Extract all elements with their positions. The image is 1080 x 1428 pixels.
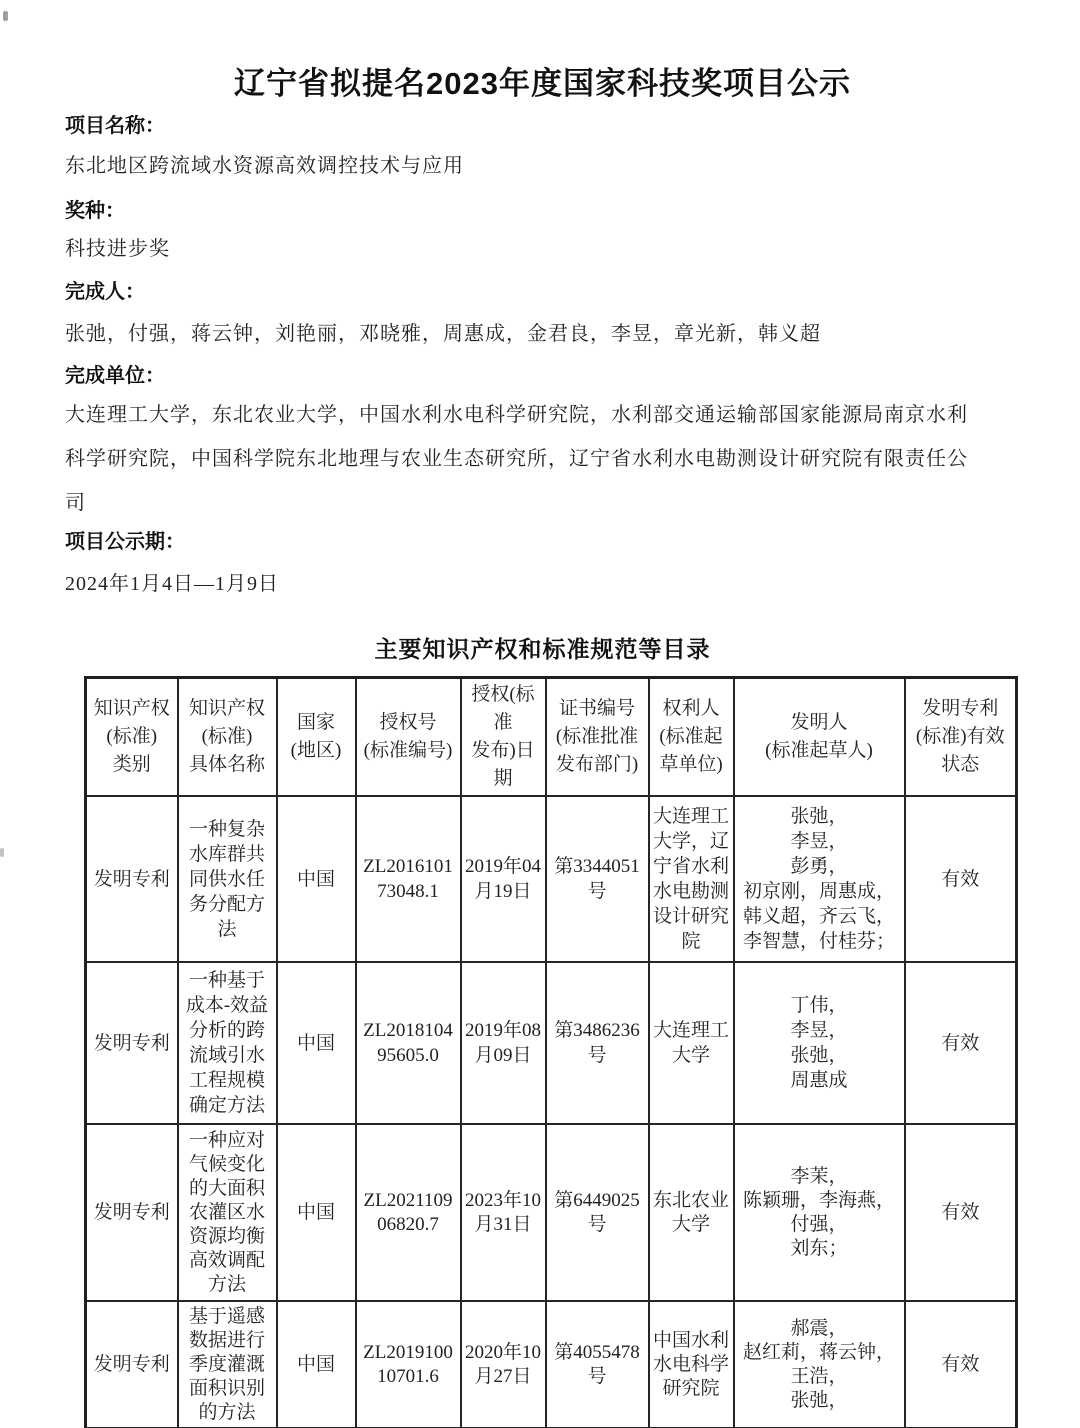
cell-cert-number: 第3344051 号 (546, 796, 649, 962)
section-content-award-type: 科技进步奖 (65, 235, 1020, 263)
table-row: 发明专利 一种复杂 水库群共 同供水任 务分配方 法 中国 ZL2016101 … (86, 796, 1017, 962)
scan-artifact (3, 11, 8, 21)
cell-country: 中国 (277, 962, 356, 1124)
cell-grant-number: ZL2021109 06820.7 (356, 1124, 461, 1301)
page-title: 辽宁省拟提名2023年度国家科技奖项目公示 (65, 66, 1020, 102)
column-header-cert-number: 证书编号 (标准批准 发布部门) (546, 678, 649, 797)
document-page: 辽宁省拟提名2023年度国家科技奖项目公示 项目名称： 东北地区跨流域水资源高效… (0, 0, 1080, 1428)
catalog-title: 主要知识产权和标准规范等目录 (65, 634, 1020, 664)
cell-validity-status: 有效 (905, 1124, 1017, 1301)
cell-ip-name: 一种应对 气候变化 的大面积 农灌区水 资源均衡 高效调配 方法 (178, 1124, 277, 1301)
cell-cert-number: 第6449025 号 (546, 1124, 649, 1301)
cell-inventors: 郝震， 赵红莉，蒋云钟， 王浩， 张弛， (734, 1301, 905, 1428)
table-row: 发明专利 基于遥感 数据进行 季度灌溉 面积识别 的方法 中国 ZL201910… (86, 1301, 1017, 1428)
column-header-grant-number: 授权号 (标准编号) (356, 678, 461, 797)
cell-ip-name: 基于遥感 数据进行 季度灌溉 面积识别 的方法 (178, 1301, 277, 1428)
column-header-rights-holder: 权利人 (标准起 草单位) (649, 678, 734, 797)
cell-ip-category: 发明专利 (86, 1301, 178, 1428)
cell-ip-name: 一种复杂 水库群共 同供水任 务分配方 法 (178, 796, 277, 962)
section-content-publicity-period: 2024年1月4日—1月9日 (65, 570, 1020, 598)
cell-country: 中国 (277, 1124, 356, 1301)
cell-grant-date: 2023年10 月31日 (461, 1124, 546, 1301)
cell-country: 中国 (277, 1301, 356, 1428)
cell-ip-category: 发明专利 (86, 962, 178, 1124)
column-header-ip-category: 知识产权 (标准) 类别 (86, 678, 178, 797)
cell-country: 中国 (277, 796, 356, 962)
table-row: 发明专利 一种应对 气候变化 的大面积 农灌区水 资源均衡 高效调配 方法 中国… (86, 1124, 1017, 1301)
cell-inventors: 张弛， 李昱， 彭勇， 初京刚，周惠成， 韩义超，齐云飞， 李智慧，付桂芬； (734, 796, 905, 962)
section-content-completers: 张弛，付强，蒋云钟，刘艳丽，邓晓雅，周惠成，金君良，李昱，章光新，韩义超 (65, 320, 1020, 348)
cell-grant-number: ZL2018104 95605.0 (356, 962, 461, 1124)
cell-cert-number: 第3486236 号 (546, 962, 649, 1124)
table-row: 发明专利 一种基于 成本-效益 分析的跨 流域引水 工程规模 确定方法 中国 Z… (86, 962, 1017, 1124)
cell-ip-name: 一种基于 成本-效益 分析的跨 流域引水 工程规模 确定方法 (178, 962, 277, 1124)
cell-validity-status: 有效 (905, 1301, 1017, 1428)
ip-catalog-table: 知识产权 (标准) 类别 知识产权 (标准) 具体名称 国家 (地区) 授权号 … (84, 676, 1018, 1428)
cell-grant-number: ZL2019100 10701.6 (356, 1301, 461, 1428)
cell-cert-number: 第4055478 号 (546, 1301, 649, 1428)
cell-grant-date: 2019年08 月09日 (461, 962, 546, 1124)
section-label-completers: 完成人： (65, 278, 1020, 306)
cell-rights-holder: 中国水利 水电科学 研究院 (649, 1301, 734, 1428)
cell-inventors: 李茉， 陈颖珊，李海燕， 付强， 刘东； (734, 1124, 905, 1301)
column-header-grant-date: 授权(标准 发布)日期 (461, 678, 546, 797)
column-header-inventors: 发明人 (标准起草人) (734, 678, 905, 797)
cell-rights-holder: 东北农业 大学 (649, 1124, 734, 1301)
section-content-project-name: 东北地区跨流域水资源高效调控技术与应用 (65, 152, 1020, 180)
cell-ip-category: 发明专利 (86, 796, 178, 962)
cell-inventors: 丁伟， 李昱， 张弛， 周惠成 (734, 962, 905, 1124)
column-header-validity-status: 发明专利 (标准)有效 状态 (905, 678, 1017, 797)
table-header-row: 知识产权 (标准) 类别 知识产权 (标准) 具体名称 国家 (地区) 授权号 … (86, 678, 1017, 797)
cell-ip-category: 发明专利 (86, 1124, 178, 1301)
section-label-publicity-period: 项目公示期： (65, 528, 1020, 556)
cell-grant-date: 2019年04 月19日 (461, 796, 546, 962)
cell-rights-holder: 大连理工 大学，辽 宁省水利 水电勘测 设计研究 院 (649, 796, 734, 962)
column-header-ip-name: 知识产权 (标准) 具体名称 (178, 678, 277, 797)
cell-validity-status: 有效 (905, 962, 1017, 1124)
section-label-project-name: 项目名称： (65, 112, 1020, 140)
section-content-units: 大连理工大学，东北农业大学，中国水利水电科学研究院，水利部交通运输部国家能源局南… (65, 393, 1020, 525)
section-label-award-type: 奖种： (65, 197, 1020, 225)
column-header-country: 国家 (地区) (277, 678, 356, 797)
section-label-units: 完成单位： (65, 362, 1020, 390)
cell-rights-holder: 大连理工 大学 (649, 962, 734, 1124)
cell-grant-date: 2020年10 月27日 (461, 1301, 546, 1428)
cell-validity-status: 有效 (905, 796, 1017, 962)
scan-artifact (0, 848, 4, 857)
cell-grant-number: ZL2016101 73048.1 (356, 796, 461, 962)
